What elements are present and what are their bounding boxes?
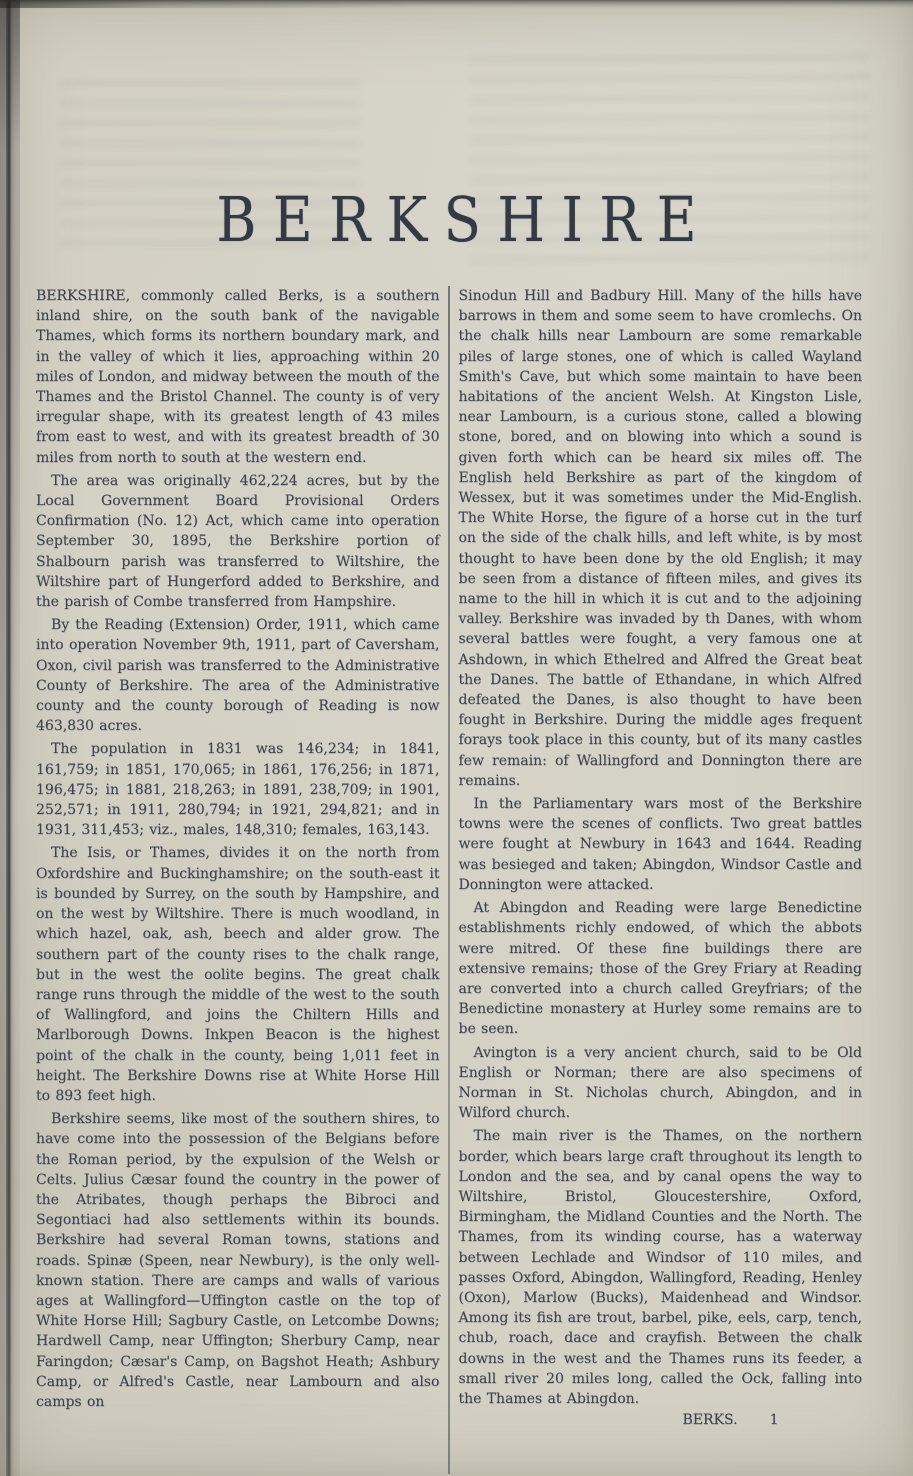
paragraph: BERKSHIRE, commonly called Berks, is a s… [36, 286, 440, 468]
scan-edge-top [0, 0, 913, 8]
page-title: BERKSHIRE [55, 183, 858, 256]
column-left: BERKSHIRE, commonly called Berks, is a s… [36, 286, 448, 1474]
paragraph: Avington is a very ancient church, said … [459, 1043, 863, 1124]
paragraph: At Abingdon and Reading were large Bened… [459, 898, 863, 1039]
paragraph: By the Reading (Extension) Order, 1911, … [36, 615, 440, 736]
footer-signature-label: BERKS. [683, 1412, 738, 1428]
paragraph: The main river is the Thames, on the nor… [459, 1126, 863, 1409]
text-columns: BERKSHIRE, commonly called Berks, is a s… [36, 286, 862, 1474]
paragraph: The area was originally 462,224 acres, b… [36, 471, 440, 612]
column-right: Sinodun Hill and Badbury Hill. Many of t… [450, 286, 863, 1474]
paragraph: The population in 1831 was 146,234; in 1… [36, 739, 440, 840]
scanned-book-page: BERKSHIRE BERKSHIRE, commonly called Ber… [0, 0, 913, 1476]
footer-page-number: 1 [770, 1412, 779, 1428]
paragraph: Berkshire seems, like most of the southe… [36, 1109, 440, 1412]
paragraph: The Isis, or Thames, divides it on the n… [36, 843, 440, 1106]
paragraph: Sinodun Hill and Badbury Hill. Many of t… [459, 286, 863, 791]
page-footer: BERKS. 1 [459, 1412, 863, 1428]
scan-edge-left [0, 0, 20, 1476]
paragraph: In the Parliamentary wars most of the Be… [459, 794, 863, 895]
